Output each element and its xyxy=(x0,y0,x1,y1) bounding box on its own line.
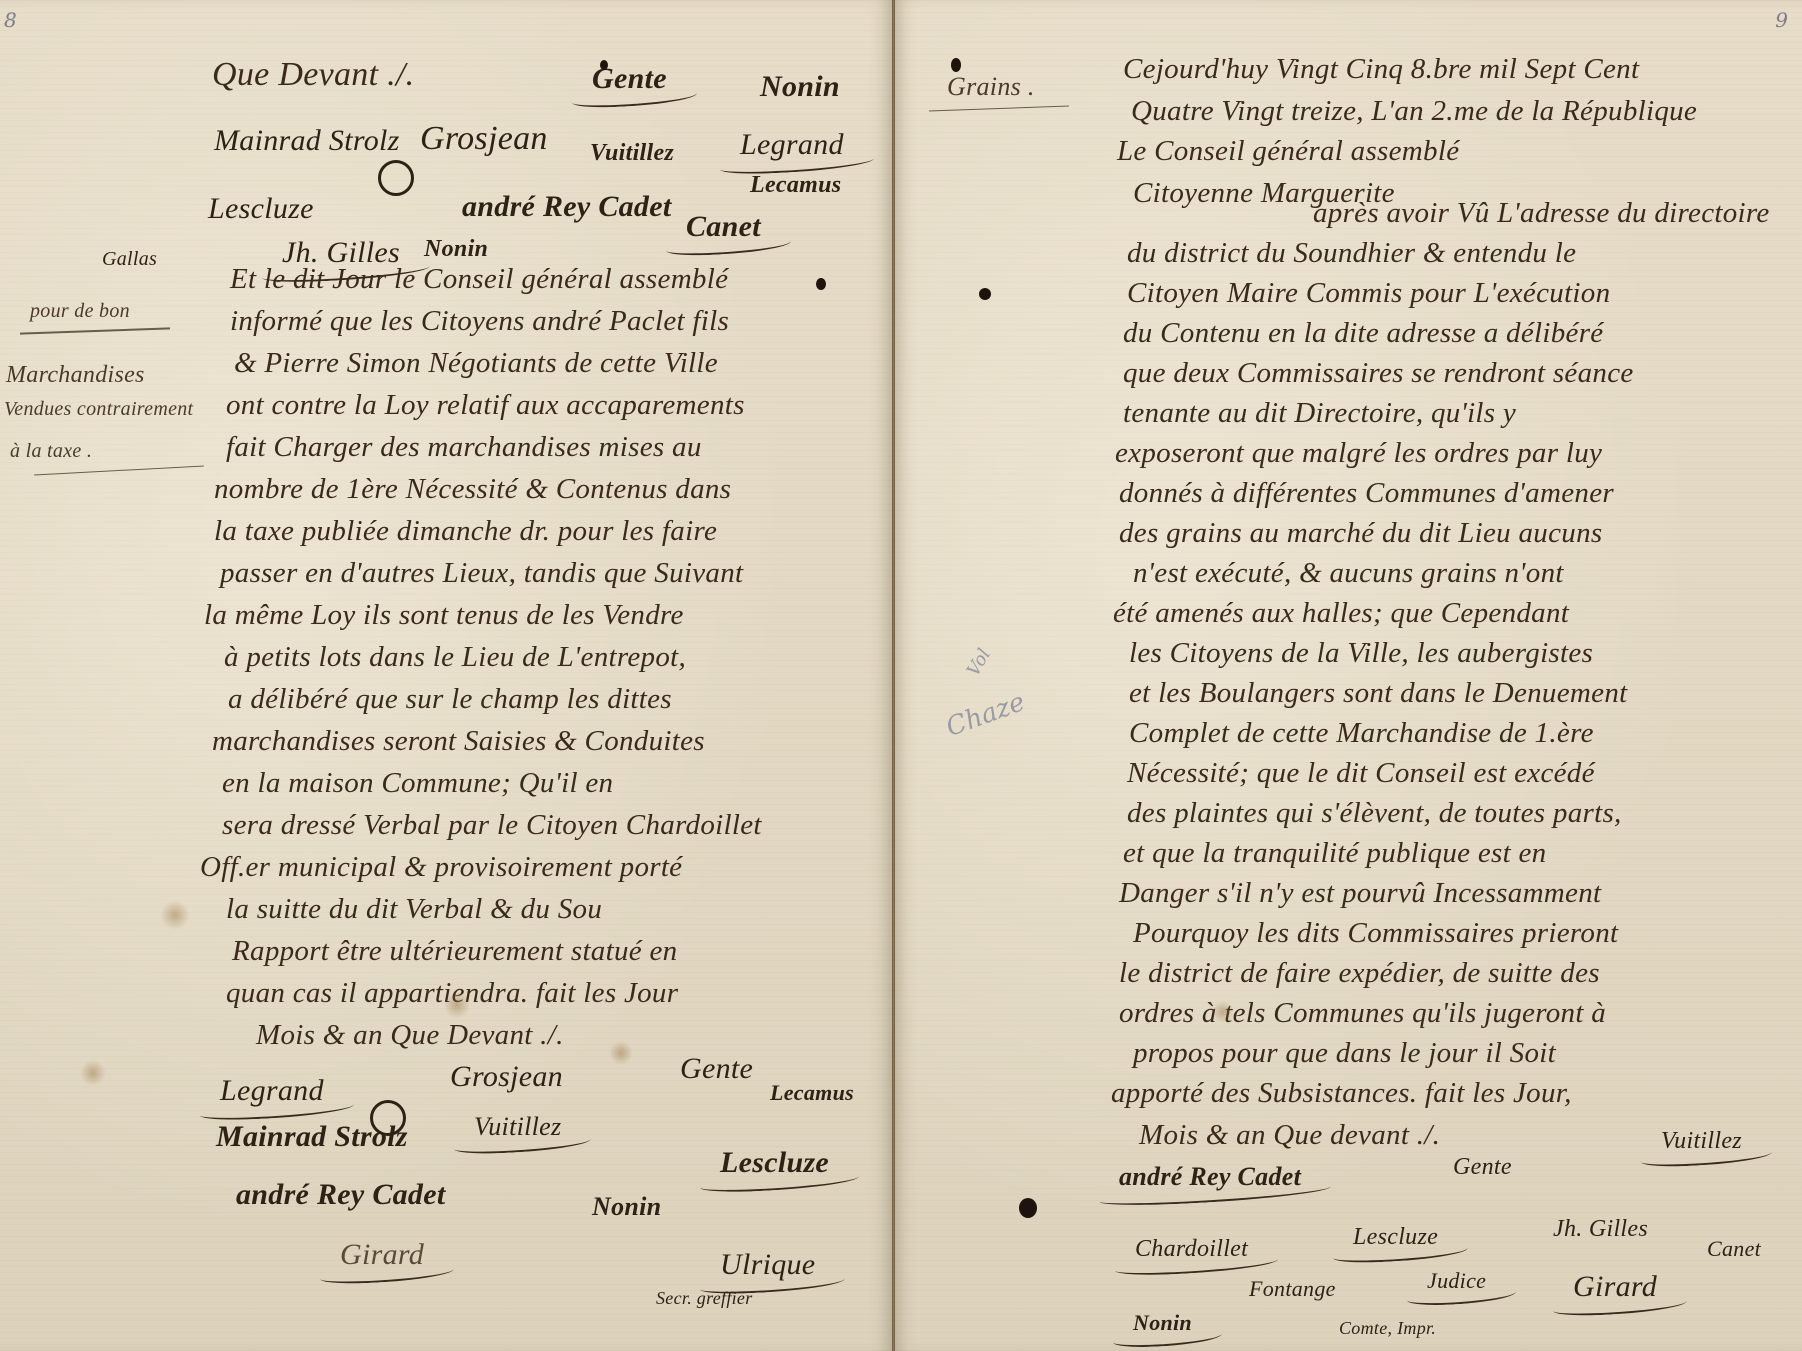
body-line: et que la tranquilité publique est en xyxy=(1123,836,1546,870)
signature: Vuitillez xyxy=(590,140,674,167)
signature: Nonin xyxy=(1133,1310,1192,1336)
pencil-note: Vol xyxy=(963,645,995,680)
signature: Mainrad Strolz xyxy=(214,124,400,158)
margin-note-grains: Grains . xyxy=(947,72,1035,102)
signature: Lescluze xyxy=(720,1146,829,1180)
body-line: ordres à tels Communes qu'ils jugeront à xyxy=(1119,996,1606,1030)
body-line: du district du Soundhier & entendu le xyxy=(1127,236,1576,270)
body-line: la suitte du dit Verbal & du Sou xyxy=(226,892,602,926)
body-line: Mois & an Que Devant ./. xyxy=(256,1018,564,1052)
left-page: 8 Que Devant ./. Gente Nonin Mainrad Str… xyxy=(0,0,893,1351)
margin-rule xyxy=(34,466,204,476)
body-line: Le Conseil général assemblé xyxy=(1117,134,1459,168)
body-line: Mois & an Que devant ./. xyxy=(1139,1118,1440,1152)
margin-note: pour de bon xyxy=(30,300,130,323)
signature: andré Rey Cadet xyxy=(236,1178,445,1212)
body-line: été amenés aux halles; que Cependant xyxy=(1113,596,1569,630)
ink-blot xyxy=(979,288,991,300)
body-line: tenante au dit Directoire, qu'ils y xyxy=(1123,396,1516,430)
body-line: à petits lots dans le Lieu de L'entrepot… xyxy=(224,640,686,674)
body-line: exposeront que malgré les ordres par luy xyxy=(1115,436,1602,470)
signature: Ulrique xyxy=(720,1248,815,1282)
stain xyxy=(80,1060,106,1086)
right-page: 9 Grains . Vol Chaze Cejourd'huy Vingt C… xyxy=(893,0,1802,1351)
paraph-mark xyxy=(370,1100,406,1136)
signature: Jh. Gilles xyxy=(1553,1216,1648,1243)
signature: Chardoillet xyxy=(1135,1236,1248,1263)
margin-note: Vendues contrairement xyxy=(4,398,193,421)
margin-note: à la taxe . xyxy=(10,440,92,463)
body-line: a délibéré que sur le champ les dittes xyxy=(228,682,672,716)
manuscript-spread: 8 Que Devant ./. Gente Nonin Mainrad Str… xyxy=(0,0,1802,1351)
signature-title: Secr. greffier xyxy=(656,1288,753,1309)
signature: Vuitillez xyxy=(474,1112,561,1142)
body-line: passer en d'autres Lieux, tandis que Sui… xyxy=(220,556,743,590)
body-line: Et le dit Jour le Conseil général assemb… xyxy=(230,262,728,296)
body-line: que deux Commissaires se rendront séance xyxy=(1123,356,1634,390)
body-line: Complet de cette Marchandise de 1.ère xyxy=(1129,716,1594,750)
body-line: les Citoyens de la Ville, les aubergiste… xyxy=(1129,636,1593,670)
signature: Grosjean xyxy=(420,120,548,158)
body-line: après avoir Vû L'adresse du directoire xyxy=(1313,196,1770,230)
signature: Gente xyxy=(1453,1154,1512,1181)
body-line: donnés à différentes Communes d'amener xyxy=(1119,476,1614,510)
signature: Fontange xyxy=(1249,1276,1336,1302)
body-line: la même Loy ils sont tenus de les Vendre xyxy=(204,598,684,632)
signature: Lecamus xyxy=(770,1080,854,1106)
body-line: Danger s'il n'y est pourvû Incessamment xyxy=(1119,876,1601,910)
ink-blot xyxy=(1019,1198,1037,1218)
signature: Nonin xyxy=(760,70,840,104)
ink-blot xyxy=(816,278,826,290)
signature: Nonin xyxy=(424,236,488,263)
body-line: n'est exécuté, & aucuns grains n'ont xyxy=(1133,556,1564,590)
signature: Legrand xyxy=(740,128,844,162)
signature: Nonin xyxy=(592,1192,661,1222)
body-line: des plaintes qui s'élèvent, de toutes pa… xyxy=(1127,796,1622,830)
body-line: du Contenu en la dite adresse a délibéré xyxy=(1123,316,1603,350)
body-line: le district de faire expédier, de suitte… xyxy=(1119,956,1600,990)
signature: Canet xyxy=(686,210,761,244)
signature: Gallas xyxy=(102,248,157,271)
margin-rule xyxy=(929,106,1069,112)
paraph-mark xyxy=(378,160,414,196)
signature: Lescluze xyxy=(1353,1224,1438,1251)
body-line: des grains au marché du dit Lieu aucuns xyxy=(1119,516,1602,550)
signature: Lecamus xyxy=(750,172,841,199)
body-line: Off.er municipal & provisoirement porté xyxy=(200,850,682,884)
body-line: en la maison Commune; Qu'il en xyxy=(222,766,613,800)
stain xyxy=(160,900,190,930)
body-line: Rapport être ultérieurement statué en xyxy=(232,934,677,968)
body-line: & Pierre Simon Négotiants de cette Ville xyxy=(234,346,718,380)
signature: Gente xyxy=(680,1052,753,1086)
body-line: propos pour que dans le jour il Soit xyxy=(1133,1036,1556,1070)
signature: Judice xyxy=(1427,1268,1486,1294)
signature: Grosjean xyxy=(450,1060,563,1094)
page-gutter xyxy=(892,0,895,1351)
body-line: marchandises seront Saisies & Conduites xyxy=(212,724,705,758)
margin-note: Marchandises xyxy=(6,362,145,389)
page-number-right: 9 xyxy=(1775,8,1788,32)
signature: Girard xyxy=(340,1238,424,1272)
pencil-note: Chaze xyxy=(942,687,1029,743)
signature: andré Rey Cadet xyxy=(1119,1162,1301,1192)
body-line: et les Boulangers sont dans le Denuement xyxy=(1129,676,1627,710)
body-line: informé que les Citoyens andré Paclet fi… xyxy=(230,304,729,338)
stain xyxy=(1213,1000,1233,1024)
body-line: apporté des Subsistances. fait les Jour, xyxy=(1111,1076,1572,1110)
signature: Legrand xyxy=(220,1074,324,1108)
body-line: Quatre Vingt treize, L'an 2.me de la Rép… xyxy=(1131,94,1697,128)
signature: Girard xyxy=(1573,1270,1657,1304)
signature: andré Rey Cadet xyxy=(462,190,671,224)
body-line: la taxe publiée dimanche dr. pour les fa… xyxy=(214,514,717,548)
page-number-left: 8 xyxy=(4,8,17,32)
margin-rule xyxy=(20,327,170,334)
body-line: Cejourd'huy Vingt Cinq 8.bre mil Sept Ce… xyxy=(1123,52,1639,86)
signature: Vuitillez xyxy=(1661,1128,1742,1155)
ink-blot xyxy=(951,58,961,72)
stain xyxy=(445,990,469,1020)
body-line: Nécessité; que le dit Conseil est excédé xyxy=(1127,756,1595,790)
body-line: Pourquoy les dits Commissaires prieront xyxy=(1133,916,1618,950)
stain xyxy=(610,1040,632,1066)
body-line: fait Charger des marchandises mises au xyxy=(226,430,702,464)
body-line: ont contre la Loy relatif aux accapareme… xyxy=(226,388,745,422)
body-line: nombre de 1ère Nécessité & Contenus dans xyxy=(214,472,731,506)
body-line: Citoyen Maire Commis pour L'exécution xyxy=(1127,276,1610,310)
ink-blot xyxy=(600,60,608,70)
signature: Comte, Impr. xyxy=(1339,1318,1436,1339)
left-page-header: Que Devant ./. xyxy=(212,58,414,92)
body-line: sera dressé Verbal par le Citoyen Chardo… xyxy=(222,808,762,842)
signature: Canet xyxy=(1707,1236,1761,1262)
signature: Lescluze xyxy=(208,192,314,226)
